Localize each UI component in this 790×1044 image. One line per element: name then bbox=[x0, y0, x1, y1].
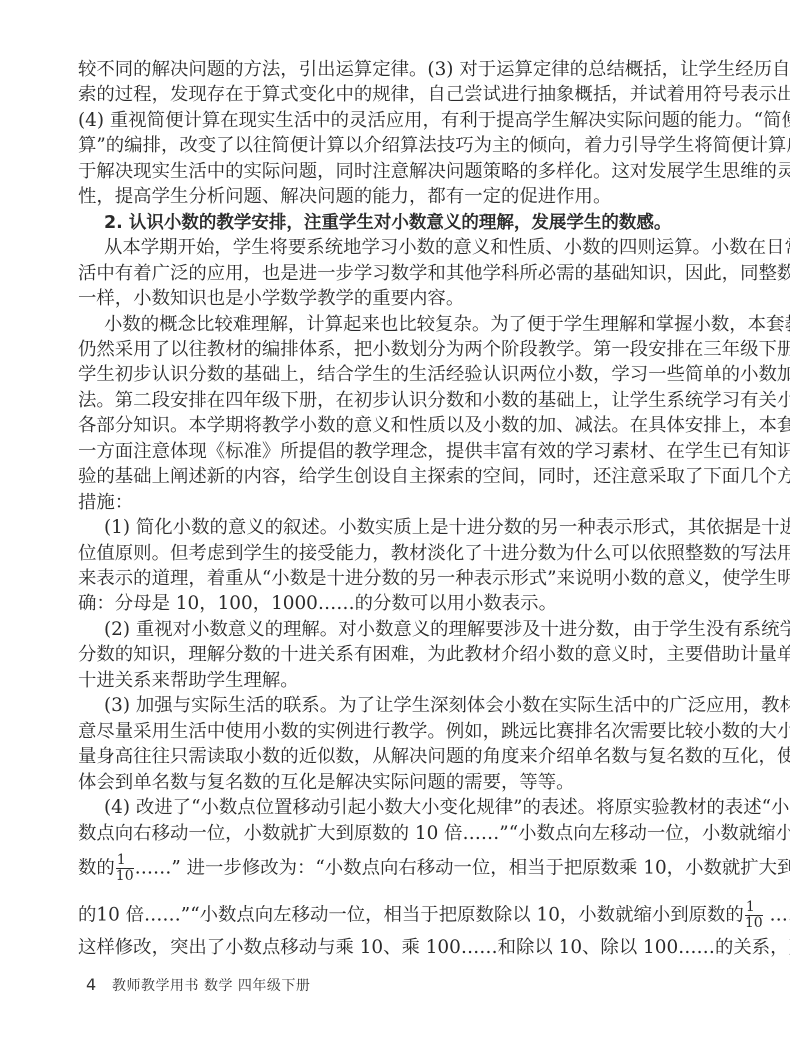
fraction-one-tenth: 110 bbox=[116, 853, 134, 884]
text-line: (3) 加强与实际生活的联系。为了让学生深刻体会小数在实际生活中的广泛应用，教材… bbox=[104, 693, 724, 719]
text-line: 各部分知识。本学期将教学小数的意义和性质以及小数的加、减法。在具体安排上，本套教… bbox=[78, 413, 724, 439]
text-line: 于解决现实生活中的实际问题，同时注意解决问题策略的多样化。这对发展学生思维的灵活 bbox=[78, 159, 724, 185]
text-line: (1) 简化小数的意义的叙述。小数实质上是十进分数的另一种表示形式，其依据是十进… bbox=[104, 515, 724, 541]
text-line: 分数的知识，理解分数的十进关系有困难，为此教材介绍小数的意义时，主要借助计量单位… bbox=[78, 642, 724, 668]
text-segment: ……” 进一步修改为：“小数点向右移动一位，相当于把原数乘 10，小数就扩大到原… bbox=[135, 858, 790, 879]
text-line: 一样，小数知识也是小学数学教学的重要内容。 bbox=[78, 286, 724, 312]
text-line: 性，提高学生分析问题、解决问题的能力，都有一定的促进作用。 bbox=[78, 184, 724, 210]
text-line: 数点向右移动一位，小数就扩大到原数的 10 倍……”“小数点向左移动一位，小数就… bbox=[78, 821, 724, 847]
text-line: 仍然采用了以往教材的编排体系，把小数划分为两个阶段教学。第一段安排在三年级下册，… bbox=[78, 337, 724, 363]
text-line: 学生初步认识分数的基础上，结合学生的生活经验认识两位小数，学习一些简单的小数加减 bbox=[78, 362, 724, 388]
text-line-last: 这样修改，突出了小数点移动与乘 10、乘 100……和除以 10、除以 100…… bbox=[78, 935, 724, 961]
book-title: 教师教学用书 数学 四年级下册 bbox=[112, 978, 310, 994]
text-line: 较不同的解决问题的方法，引出运算定律。(3) 对于运算定律的总结概括，让学生经历… bbox=[78, 57, 724, 83]
text-line: 一方面注意体现《标准》所提倡的教学理念，提供丰富有效的学习素材、在学生已有知识和… bbox=[78, 439, 724, 465]
text-line: (4) 重视简便计算在现实生活中的灵活应用，有利于提高学生解决实际问题的能力。“… bbox=[78, 108, 724, 134]
text-segment: ……” bbox=[764, 905, 790, 926]
text-line: 验的基础上阐述新的内容，给学生创设自主探索的空间，同时，还注意采取了下面几个方面… bbox=[78, 464, 724, 490]
text-line: 来表示的道理，着重从“小数是十进分数的另一种表示形式”来说明小数的意义，使学生明 bbox=[78, 566, 724, 592]
text-line: 索的过程，发现存在于算式变化中的规律，自己尝试进行抽象概括，并试着用符号表示出来… bbox=[78, 82, 724, 108]
text-line-fraction-2: 的10 倍……”“小数点向左移动一位，相当于把原数除以 10，小数就缩小到原数的… bbox=[78, 900, 724, 928]
text-line: (4) 改进了“小数点位置移动引起小数大小变化规律”的表述。将原实验教材的表述“… bbox=[104, 795, 724, 821]
text-line: 活中有着广泛的应用，也是进一步学习数学和其他学科所必需的基础知识，因此，同整数知… bbox=[78, 261, 724, 287]
page-footer: 4教师教学用书 数学 四年级下册 bbox=[86, 975, 310, 996]
text-line-fraction-1: 数的110……” 进一步修改为：“小数点向右移动一位，相当于把原数乘 10，小数… bbox=[78, 853, 724, 881]
text-line: 位值原则。但考虑到学生的接受能力，教材淡化了十进分数为什么可以依照整数的写法用小… bbox=[78, 541, 724, 567]
section-heading: 2. 认识小数的教学安排，注重学生对小数意义的理解，发展学生的数感。 bbox=[104, 210, 724, 236]
page-number: 4 bbox=[86, 975, 112, 995]
text-line: 从本学期开始，学生将要系统地学习小数的意义和性质、小数的四则运算。小数在日常生 bbox=[104, 235, 724, 261]
text-line: 确：分母是 10，100，1000……的分数可以用小数表示。 bbox=[78, 591, 724, 617]
text-line: 十进关系来帮助学生理解。 bbox=[78, 668, 724, 694]
text-line: 量身高往往只需读取小数的近似数，从解决问题的角度来介绍单名数与复名数的互化，使学… bbox=[78, 744, 724, 770]
text-segment: 数的 bbox=[78, 858, 115, 879]
text-line: 体会到单名数与复名数的互化是解决实际问题的需要，等等。 bbox=[78, 770, 724, 796]
text-line: 措施： bbox=[78, 490, 724, 516]
text-line: (2) 重视对小数意义的理解。对小数意义的理解要涉及十进分数，由于学生没有系统学… bbox=[104, 617, 724, 643]
text-segment: 的10 倍……”“小数点向左移动一位，相当于把原数除以 10，小数就缩小到原数的 bbox=[78, 905, 744, 926]
fraction-one-tenth: 110 bbox=[745, 900, 763, 931]
text-line: 小数的概念比较难理解，计算起来也比较复杂。为了便于学生理解和掌握小数，本套教材 bbox=[104, 312, 724, 338]
text-line: 意尽量采用生活中使用小数的实例进行教学。例如，跳远比赛排名次需要比较小数的大小，… bbox=[78, 719, 724, 745]
document-page: 较不同的解决问题的方法，引出运算定律。(3) 对于运算定律的总结概括，让学生经历… bbox=[0, 0, 790, 1044]
text-line: 法。第二段安排在四年级下册，在初步认识分数和小数的基础上，让学生系统学习有关小数… bbox=[78, 388, 724, 414]
text-line: 算”的编排，改变了以往简便计算以介绍算法技巧为主的倾向，着力引导学生将简便计算应… bbox=[78, 133, 724, 159]
